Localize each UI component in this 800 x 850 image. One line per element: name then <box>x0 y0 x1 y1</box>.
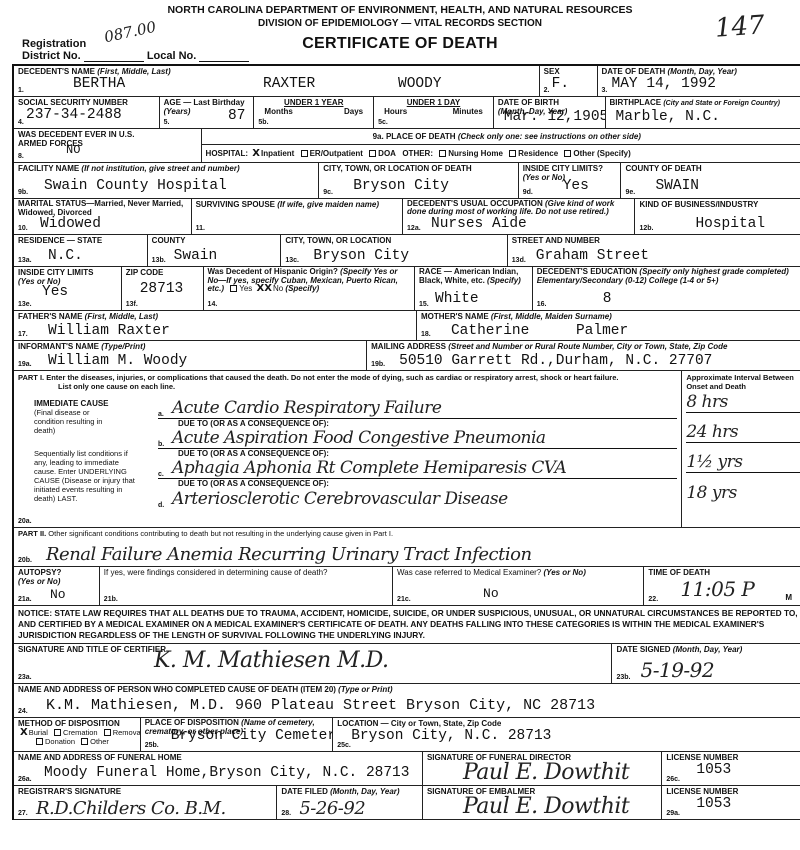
row-funeral-home: NAME AND ADDRESS OF FUNERAL HOME 26a. Mo… <box>14 752 800 786</box>
surviving-spouse-field[interactable]: SURVIVING SPOUSE (If wife, give maiden n… <box>192 199 403 234</box>
birthplace-field[interactable]: BIRTHPLACE (City and State or Foreign Co… <box>606 97 800 128</box>
residence-street-field[interactable]: STREET AND NUMBER 13d. Graham Street <box>508 235 800 266</box>
row-parents: FATHER'S NAME (First, Middle, Last) 17. … <box>14 311 800 341</box>
checkbox-other-disposition[interactable] <box>81 738 88 745</box>
checkbox-burial-checked[interactable]: X <box>20 728 28 737</box>
cause-line-a[interactable]: a.Acute Cardio Respiratory Failure <box>158 399 677 419</box>
first-name: BERTHA <box>73 76 263 93</box>
interval-d[interactable]: 18 yrs <box>686 483 800 503</box>
time-of-death-field[interactable]: TIME OF DEATH 22. 11:05 P M <box>644 567 800 605</box>
education-field[interactable]: DECEDENT'S EDUCATION (Specify only highe… <box>533 267 800 310</box>
row-decedent-name: DECEDENT'S NAME (First, Middle, Last) 1.… <box>14 66 800 97</box>
residence-county-field[interactable]: COUNTY 13b. Swain <box>148 235 282 266</box>
checkbox-residence[interactable] <box>509 150 516 157</box>
funeral-director-signature-field[interactable]: SIGNATURE OF FUNERAL DIRECTOR Paul E. Do… <box>423 752 662 785</box>
checkbox-nursing-home[interactable] <box>439 150 446 157</box>
agency-line-1: NORTH CAROLINA DEPARTMENT OF ENVIRONMENT… <box>0 4 800 17</box>
row-ssn-age-birth: SOCIAL SECURITY NUMBER 4. 237-34-2488 AG… <box>14 97 800 129</box>
checkbox-inpatient-checked[interactable]: X <box>252 149 260 158</box>
cause-of-death-part-1: PART I. Enter the diseases, injuries, or… <box>14 371 800 527</box>
row-facility: FACILITY NAME (If not institution, give … <box>14 163 800 199</box>
checkbox-other[interactable] <box>564 150 571 157</box>
date-filed-field[interactable]: DATE FILED (Month, Day, Year) 28. 5-26-9… <box>277 786 423 819</box>
cause-line-c[interactable]: c.Aphagia Aphonia Rt Complete Hemiparesi… <box>158 459 677 479</box>
date-of-birth-field[interactable]: DATE OF BIRTH (Month, Day, Year) Mar. 12… <box>494 97 606 128</box>
inside-city-limits-death-field[interactable]: INSIDE CITY LIMITS? (Yes or No) 9d. Yes <box>519 163 622 198</box>
date-of-death-field[interactable]: DATE OF DEATH (Month, Day, Year) 3. MAY … <box>598 66 800 96</box>
completer-field[interactable]: NAME AND ADDRESS OF PERSON WHO COMPLETED… <box>14 684 800 717</box>
checkbox-removal[interactable] <box>104 729 111 736</box>
row-marital-occupation: MARITAL STATUS—Married, Never Married, W… <box>14 199 800 235</box>
interval-b[interactable]: 24 hrs <box>686 423 800 443</box>
row-residence: RESIDENCE — STATE 13a. N.C. COUNTY 13b. … <box>14 235 800 267</box>
checkbox-hispanic-no-checked[interactable]: XX <box>257 285 272 294</box>
row-zip-race-education: INSIDE CITY LIMITS (Yes or No) 13e. Yes … <box>14 267 800 311</box>
funeral-license-field[interactable]: LICENSE NUMBER 26c. 1053 <box>662 752 800 785</box>
autopsy-field[interactable]: AUTOPSY? (Yes or No) 21a. No <box>14 567 100 605</box>
registration-number: Registration District No. Local No. 087.… <box>22 38 249 62</box>
row-armed-forces-place: WAS DECEDENT EVER IN U.S. ARMED FORCES N… <box>14 129 800 163</box>
facility-name-field[interactable]: FACILITY NAME (If not institution, give … <box>14 163 319 198</box>
row-autopsy: AUTOPSY? (Yes or No) 21a. No If yes, wer… <box>14 567 800 606</box>
place-of-disposition-field[interactable]: PLACE OF DISPOSITION (Name of cemetery, … <box>141 718 334 751</box>
city-of-death-field[interactable]: CITY, TOWN, OR LOCATION OF DEATH 9c. Bry… <box>319 163 519 198</box>
under-1-day-field[interactable]: UNDER 1 DAY HoursMinutes 5c. <box>374 97 494 128</box>
place-of-death-field[interactable]: 9a. PLACE OF DEATH (Check only one: see … <box>202 129 800 162</box>
marital-status-field[interactable]: MARITAL STATUS—Married, Never Married, W… <box>14 199 192 234</box>
hispanic-origin-field[interactable]: Was Decedent of Hispanic Origin? (Specif… <box>204 267 415 310</box>
date-signed-field[interactable]: DATE SIGNED (Month, Day, Year) 23b. 5-19… <box>612 644 800 683</box>
checkbox-doa[interactable] <box>369 150 376 157</box>
interval-column: Approximate Interval Between Onset and D… <box>682 371 800 527</box>
checkbox-cremation[interactable] <box>54 729 61 736</box>
disposition-location-field[interactable]: LOCATION — City or Town, State, Zip Code… <box>333 718 800 751</box>
informant-name-field[interactable]: INFORMANT'S NAME (Type/Print) 19a. Willi… <box>14 341 367 370</box>
county-of-death-field[interactable]: COUNTY OF DEATH 9e. SWAIN <box>621 163 800 198</box>
last-name: WOODY <box>398 76 442 93</box>
business-industry-field[interactable]: KIND OF BUSINESS/INDUSTRY 12b. Hospital <box>635 199 800 234</box>
immediate-cause-label: IMMEDIATE CAUSE <box>34 399 158 408</box>
checkbox-er-outpatient[interactable] <box>301 150 308 157</box>
registrar-signature-field[interactable]: REGISTRAR'S SIGNATURE 27. R.D.Childers C… <box>14 786 277 819</box>
medical-examiner-field[interactable]: Was case referred to Medical Examiner? (… <box>393 567 644 605</box>
cause-line-d[interactable]: d.Arteriosclerotic Cerebrovascular Disea… <box>158 489 677 509</box>
residence-city-field[interactable]: CITY, TOWN, OR LOCATION 13c. Bryson City <box>281 235 507 266</box>
sex-field[interactable]: SEX 2. F. <box>540 66 598 96</box>
row-disposition: METHOD OF DISPOSITION XBurial Cremation … <box>14 718 800 752</box>
cause-of-death-part-2[interactable]: PART II. Other significant conditions co… <box>14 527 800 567</box>
mother-name-field[interactable]: MOTHER'S NAME (First, Middle, Maiden Sur… <box>417 311 800 340</box>
row-registrar: REGISTRAR'S SIGNATURE 27. R.D.Childers C… <box>14 786 800 820</box>
row-certifier: SIGNATURE AND TITLE OF CERTIFIER 23a. K.… <box>14 644 800 684</box>
checkbox-hispanic-yes[interactable] <box>230 285 237 292</box>
race-field[interactable]: RACE — American Indian, Black, White, et… <box>415 267 533 310</box>
embalmer-license-field[interactable]: LICENSE NUMBER 29a. 1053 <box>662 786 800 819</box>
certifier-signature-field[interactable]: SIGNATURE AND TITLE OF CERTIFIER 23a. K.… <box>14 644 612 683</box>
residence-state-field[interactable]: RESIDENCE — STATE 13a. N.C. <box>14 235 148 266</box>
autopsy-findings-field[interactable]: If yes, were findings considered in dete… <box>100 567 393 605</box>
embalmer-signature-field[interactable]: SIGNATURE OF EMBALMER Paul E. Dowthit <box>423 786 662 819</box>
checkbox-donation[interactable] <box>36 738 43 745</box>
row-completer: NAME AND ADDRESS OF PERSON WHO COMPLETED… <box>14 684 800 718</box>
occupation-field[interactable]: DECEDENT'S USUAL OCCUPATION (Give kind o… <box>403 199 635 234</box>
under-1-year-field[interactable]: UNDER 1 YEAR MonthsDays 5b. <box>254 97 374 128</box>
father-name-field[interactable]: FATHER'S NAME (First, Middle, Last) 17. … <box>14 311 417 340</box>
informant-address-field[interactable]: MAILING ADDRESS (Street and Number or Ru… <box>367 341 800 370</box>
medical-examiner-notice: NOTICE: STATE LAW REQUIRES THAT ALL DEAT… <box>14 606 800 644</box>
armed-forces-field[interactable]: WAS DECEDENT EVER IN U.S. ARMED FORCES N… <box>14 129 202 162</box>
decedent-name-field[interactable]: DECEDENT'S NAME (First, Middle, Last) 1.… <box>14 66 540 96</box>
age-field[interactable]: AGE — Last Birthday (Years) 5. 87 <box>160 97 255 128</box>
interval-c[interactable]: 1½ yrs <box>686 453 800 473</box>
zip-code-field[interactable]: ZIP CODE 13f. 28713 <box>122 267 204 310</box>
handwritten-page-number: 147 <box>714 10 766 43</box>
residence-inside-limits-field[interactable]: INSIDE CITY LIMITS (Yes or No) 13e. Yes <box>14 267 122 310</box>
funeral-home-field[interactable]: NAME AND ADDRESS OF FUNERAL HOME 26a. Mo… <box>14 752 423 785</box>
ssn-field[interactable]: SOCIAL SECURITY NUMBER 4. 237-34-2488 <box>14 97 160 128</box>
death-certificate-form: DECEDENT'S NAME (First, Middle, Last) 1.… <box>12 64 800 820</box>
middle-name: RAXTER <box>263 76 398 93</box>
cause-line-b[interactable]: b.Acute Aspiration Food Congestive Pneum… <box>158 429 677 449</box>
interval-a[interactable]: 8 hrs <box>686 393 800 413</box>
method-of-disposition-field[interactable]: METHOD OF DISPOSITION XBurial Cremation … <box>14 718 141 751</box>
row-informant: INFORMANT'S NAME (Type/Print) 19a. Willi… <box>14 341 800 371</box>
